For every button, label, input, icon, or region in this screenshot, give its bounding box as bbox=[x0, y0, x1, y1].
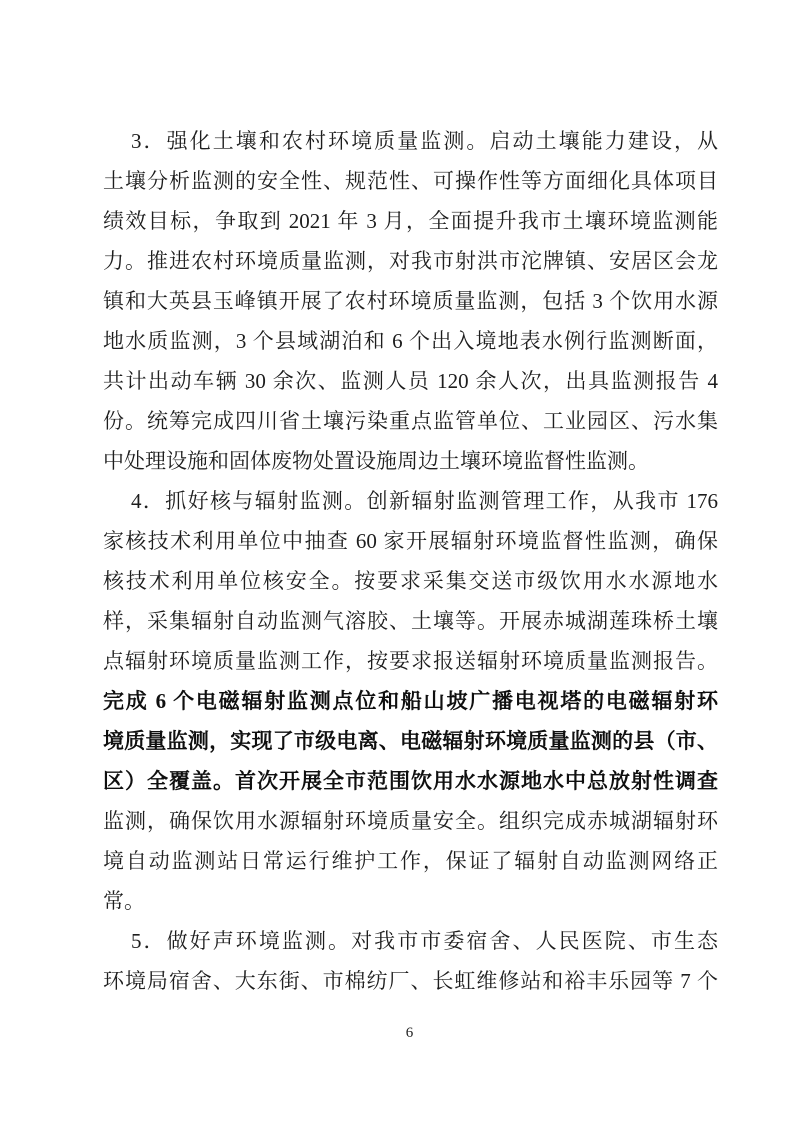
text-line: 地水质监测，3 个县域湖泊和 6 个出入境地表水例行监测断面， bbox=[103, 321, 718, 361]
document-page: 3．强化土壤和农村环境质量监测。启动土壤能力建设，从 土壤分析监测的安全性、规范… bbox=[0, 0, 793, 1122]
text-line: 样，采集辐射自动监测气溶胶、土壤等。开展赤城湖莲珠桥土壤 bbox=[103, 601, 718, 641]
text-line: 核技术利用单位核安全。按要求采集交送市级饮用水水源地水 bbox=[103, 561, 718, 601]
text-line: 份。统筹完成四川省土壤污染重点监管单位、工业园区、污水集 bbox=[103, 401, 718, 441]
text-line: 共计出动车辆 30 余次、监测人员 120 余人次，出具监测报告 4 bbox=[103, 361, 718, 401]
paragraph-4-nuclear-radiation-monitoring: 4．抓好核与辐射监测。创新辐射监测管理工作，从我市 176 家核技术利用单位中抽… bbox=[103, 481, 718, 921]
text-line: 4．抓好核与辐射监测。创新辐射监测管理工作，从我市 176 bbox=[103, 481, 718, 521]
text-line: 完成 6 个电磁辐射监测点位和船山坡广播电视塔的电磁辐射环 bbox=[103, 681, 718, 721]
text-line: 土壤分析监测的安全性、规范性、可操作性等方面细化具体项目 bbox=[103, 161, 718, 201]
text-line: 5．做好声环境监测。对我市市委宿舍、人民医院、市生态 bbox=[103, 921, 718, 961]
paragraph-3-soil-rural-monitoring: 3．强化土壤和农村环境质量监测。启动土壤能力建设，从 土壤分析监测的安全性、规范… bbox=[103, 121, 718, 481]
text-line: 区）全覆盖。首次开展全市范围饮用水水源地水中总放射性调查 bbox=[103, 761, 718, 801]
text-line: 监测，确保饮用水源辐射环境质量安全。组织完成赤城湖辐射环 bbox=[103, 801, 718, 841]
text-line: 3．强化土壤和农村环境质量监测。启动土壤能力建设，从 bbox=[103, 121, 718, 161]
text-line: 境自动监测站日常运行维护工作，保证了辐射自动监测网络正 bbox=[103, 841, 718, 881]
page-number: 6 bbox=[0, 1023, 793, 1043]
text-line: 境质量监测，实现了市级电离、电磁辐射环境质量监测的县（市、 bbox=[103, 721, 718, 761]
text-line: 中处理设施和固体废物处置设施周边土壤环境监督性监测。 bbox=[103, 441, 718, 481]
text-line: 环境局宿舍、大东街、市棉纺厂、长虹维修站和裕丰乐园等 7 个 bbox=[103, 961, 718, 1001]
text-line: 常。 bbox=[103, 881, 718, 921]
text-line: 点辐射环境质量监测工作，按要求报送辐射环境质量监测报告。 bbox=[103, 641, 718, 681]
text-line: 家核技术利用单位中抽查 60 家开展辐射环境监督性监测，确保 bbox=[103, 521, 718, 561]
text-line: 力。推进农村环境质量监测，对我市射洪市沱牌镇、安居区会龙 bbox=[103, 241, 718, 281]
paragraph-5-noise-monitoring: 5．做好声环境监测。对我市市委宿舍、人民医院、市生态 环境局宿舍、大东街、市棉纺… bbox=[103, 921, 718, 1001]
text-line: 镇和大英县玉峰镇开展了农村环境质量监测，包括 3 个饮用水源 bbox=[103, 281, 718, 321]
text-line: 绩效目标，争取到 2021 年 3 月，全面提升我市土壤环境监测能 bbox=[103, 201, 718, 241]
document-body: 3．强化土壤和农村环境质量监测。启动土壤能力建设，从 土壤分析监测的安全性、规范… bbox=[103, 121, 718, 1001]
